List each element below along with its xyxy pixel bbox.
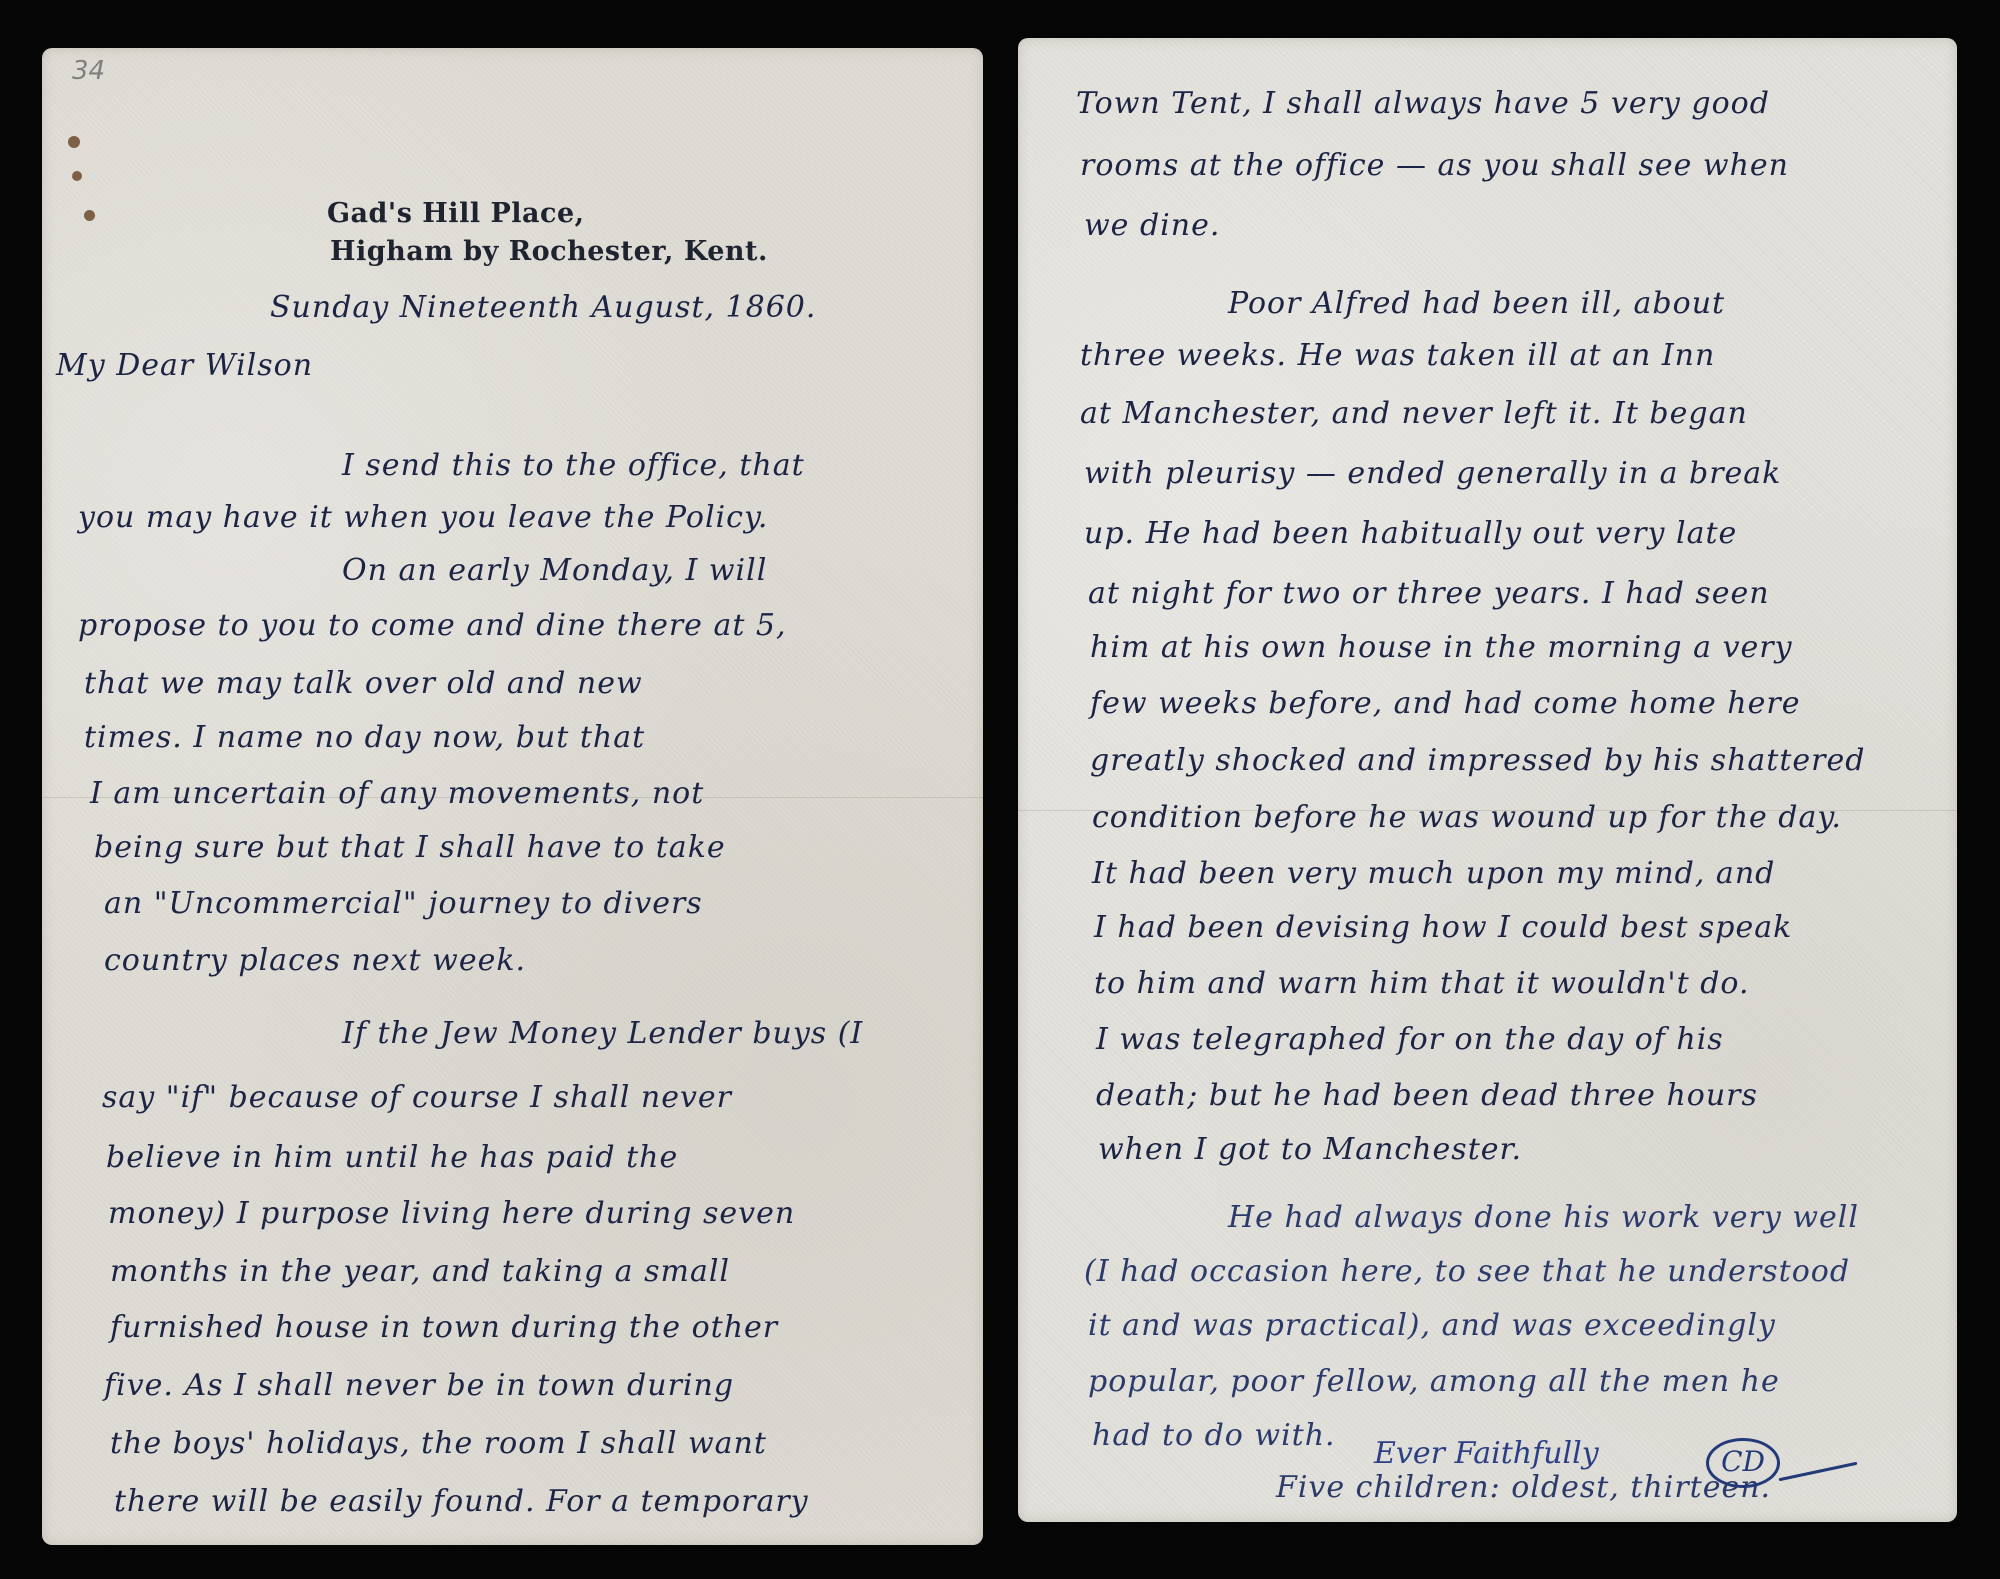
- body-line: (I had occasion here, to see that he und…: [1084, 1254, 1850, 1289]
- body-line: him at his own house in the morning a ve…: [1090, 630, 1793, 665]
- salutation: My Dear Wilson: [56, 348, 313, 383]
- body-line: with pleurisy — ended generally in a bre…: [1084, 456, 1781, 491]
- body-line: at night for two or three years. I had s…: [1088, 576, 1770, 611]
- body-line: to him and warn him that it wouldn't do.: [1094, 966, 1750, 1001]
- body-line: we dine.: [1084, 208, 1220, 243]
- body-line: I send this to the office, that: [342, 448, 805, 483]
- body-line: at Manchester, and never left it. It beg…: [1080, 396, 1748, 431]
- ink-stain: [84, 210, 95, 221]
- body-line: I am uncertain of any movements, not: [90, 776, 704, 811]
- archive-page-number: 34: [72, 56, 105, 86]
- body-line: there will be easily found. For a tempor…: [114, 1484, 809, 1519]
- body-line: greatly shocked and impressed by his sha…: [1090, 743, 1865, 778]
- ink-stain: [72, 171, 82, 181]
- letterhead-line-2: Higham by Rochester, Kent.: [330, 236, 768, 267]
- body-line: popular, poor fellow, among all the men …: [1088, 1364, 1780, 1399]
- body-line: say "if" because of course I shall never: [102, 1080, 732, 1115]
- body-line: an "Uncommercial" journey to divers: [104, 886, 703, 921]
- body-line: you may have it when you leave the Polic…: [78, 500, 768, 535]
- body-line: I had been devising how I could best spe…: [1094, 910, 1792, 945]
- body-line: times. I name no day now, but that: [84, 720, 645, 755]
- body-line: up. He had been habitually out very late: [1084, 516, 1737, 551]
- closing: Ever Faithfully: [1374, 1436, 1599, 1471]
- body-line: Town Tent, I shall always have 5 very go…: [1076, 86, 1770, 121]
- signature-flourish: [1779, 1462, 1858, 1482]
- body-line: condition before he was wound up for the…: [1092, 800, 1842, 835]
- body-line: the boys' holidays, the room I shall wan…: [110, 1426, 767, 1461]
- body-line: believe in him until he has paid the: [106, 1140, 678, 1175]
- letter-page-left: 34 Gad's Hill Place, Higham by Rochester…: [42, 48, 983, 1545]
- body-line: death; but he had been dead three hours: [1096, 1078, 1758, 1113]
- letterhead-line-1: Gad's Hill Place,: [327, 198, 585, 229]
- body-line: On an early Monday, I will: [342, 553, 767, 588]
- body-line: when I got to Manchester.: [1098, 1132, 1522, 1167]
- body-line: country places next week.: [104, 943, 526, 978]
- body-line: that we may talk over old and new: [84, 666, 643, 701]
- body-line: If the Jew Money Lender buys (I: [342, 1016, 863, 1051]
- letter-page-right: Town Tent, I shall always have 5 very go…: [1018, 38, 1957, 1522]
- date-line: Sunday Nineteenth August, 1860.: [270, 290, 816, 325]
- body-line: three weeks. He was taken ill at an Inn: [1080, 338, 1715, 373]
- body-line: five. As I shall never be in town during: [104, 1368, 734, 1403]
- body-line: Five children: oldest, thirteen.: [1276, 1470, 1771, 1505]
- body-line: propose to you to come and dine there at…: [78, 608, 787, 643]
- body-line: it and was practical), and was exceeding…: [1088, 1308, 1776, 1343]
- body-line: Poor Alfred had been ill, about: [1228, 286, 1725, 321]
- body-line: had to do with.: [1092, 1418, 1336, 1453]
- body-line: few weeks before, and had come home here: [1090, 686, 1800, 721]
- signature-monogram: CD: [1706, 1438, 1780, 1488]
- ink-stain: [68, 136, 80, 148]
- body-line: rooms at the office — as you shall see w…: [1080, 148, 1789, 183]
- body-line: being sure but that I shall have to take: [94, 830, 726, 865]
- body-line: It had been very much upon my mind, and: [1092, 856, 1775, 891]
- body-line: furnished house in town during the other: [110, 1310, 778, 1345]
- body-line: I was telegraphed for on the day of his: [1096, 1022, 1724, 1057]
- body-line: money) I purpose living here during seve…: [108, 1196, 795, 1231]
- body-line: He had always done his work very well: [1228, 1200, 1859, 1235]
- body-line: months in the year, and taking a small: [110, 1254, 730, 1289]
